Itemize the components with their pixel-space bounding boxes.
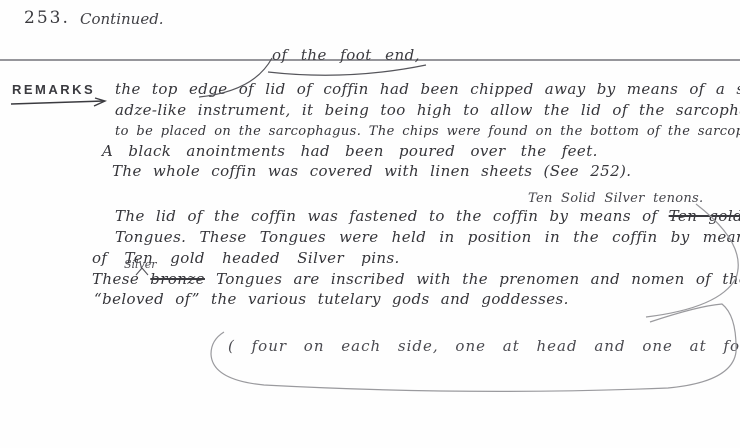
remarks-line: The whole coffin was covered with linen … [112, 161, 631, 181]
remarks-underline-arrow [11, 98, 105, 106]
remarks-line: Tongues. These Tongues were held in posi… [115, 227, 740, 247]
remarks-line: The lid of the coffin was fastened to th… [115, 206, 740, 226]
inserted-phrase-silver-tenons: Ten Solid Silver tenons. [528, 191, 703, 206]
insertion-underline [268, 65, 426, 75]
remarks-line: the top edge of lid of coffin had been c… [115, 79, 740, 99]
remarks-line: “beloved of” the various tutelary gods a… [94, 289, 569, 309]
line-text: These [92, 270, 150, 288]
footnote-text: ( four on each side, one at head and one… [228, 337, 740, 355]
struck-text: Ten gold bronze [669, 207, 740, 225]
line-text: Tongues are inscribed with the prenomen … [205, 270, 740, 288]
remarks-line: to be placed on the sarcophagus. The chi… [115, 122, 740, 142]
remarks-line: A black anointments had been poured over… [102, 141, 598, 161]
struck-text: bronze [150, 270, 205, 288]
remarks-line: These bronze Tongues are inscribed with … [92, 269, 740, 289]
remarks-label: REMARKS [12, 82, 95, 97]
remarks-line: adze-like instrument, it being too high … [115, 100, 740, 120]
card-title: Continued. [80, 10, 164, 28]
record-card-page: 253. Continued. of the foot end, REMARKS… [0, 0, 740, 448]
inserted-phrase-foot-end: of the foot end, [272, 46, 420, 64]
card-number: 253. [24, 8, 70, 28]
line-text: The lid of the coffin was fastened to th… [115, 207, 669, 225]
